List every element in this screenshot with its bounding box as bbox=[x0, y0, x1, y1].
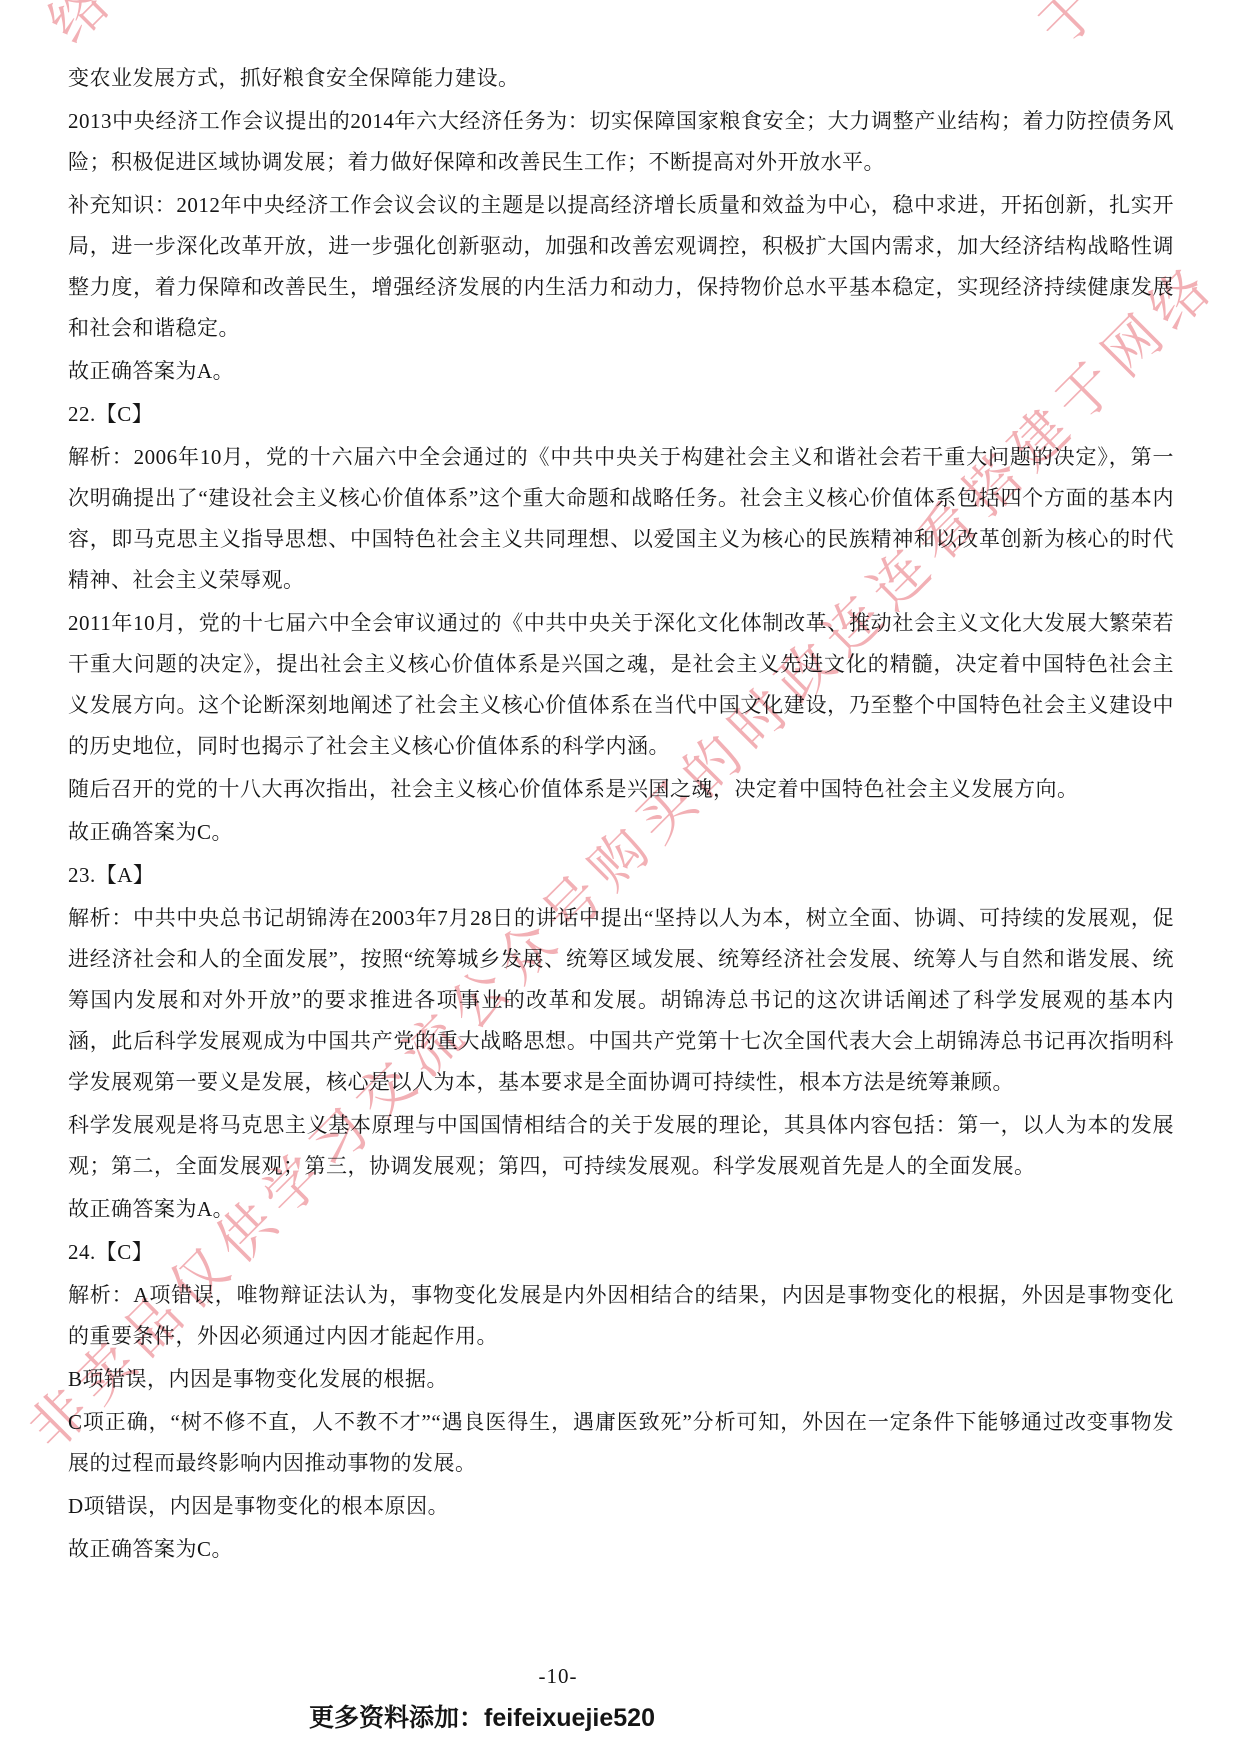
paragraph: B项错误，内因是事物变化发展的根据。 bbox=[68, 1359, 1174, 1400]
paragraph: 故正确答案为A。 bbox=[68, 351, 1174, 392]
paragraph: 24.【C】 bbox=[68, 1232, 1174, 1273]
paragraph: 解析：2006年10月，党的十六届六中全会通过的《中共中央关于构建社会主义和谐社… bbox=[68, 437, 1174, 601]
paragraph: 故正确答案为C。 bbox=[68, 812, 1174, 853]
document-body: 变农业发展方式，抓好粮食安全保障能力建设。2013中央经济工作会议提出的2014… bbox=[68, 58, 1174, 1572]
footer-promo-label: 更多资料添加： bbox=[309, 1705, 484, 1732]
paragraph: 补充知识：2012年中央经济工作会议会议的主题是以提高经济增长质量和效益为中心，… bbox=[68, 185, 1174, 349]
paragraph: 2011年10月，党的十七届六中全会审议通过的《中共中央关于深化文化体制改革、推… bbox=[68, 603, 1174, 767]
document-page: 非卖品仅供学习交流公众号购买的时政连连看搭建于网络 络 于 变农业发展方式，抓好… bbox=[0, 0, 1240, 1754]
footer-promo: 更多资料添加：feifeixuejie520 bbox=[0, 1698, 964, 1734]
paragraph: C项正确，“树不修不直，人不教不才”“遇良医得生，遇庸医致死”分析可知，外因在一… bbox=[68, 1402, 1174, 1484]
paragraph: 解析：A项错误，唯物辩证法认为，事物变化发展是内外因相结合的结果，内因是事物变化… bbox=[68, 1275, 1174, 1357]
paragraph: 科学发展观是将马克思主义基本原理与中国国情相结合的关于发展的理论，其具体内容包括… bbox=[68, 1105, 1174, 1187]
paragraph: 23.【A】 bbox=[68, 855, 1174, 896]
paragraph: 随后召开的党的十八大再次指出，社会主义核心价值体系是兴国之魂，决定着中国特色社会… bbox=[68, 769, 1174, 810]
page-number: -10- bbox=[0, 1664, 1116, 1689]
footer-promo-account: feifeixuejie520 bbox=[484, 1704, 655, 1732]
paragraph: 22.【C】 bbox=[68, 394, 1174, 435]
watermark-fragment-top-left: 络 bbox=[28, 0, 124, 58]
paragraph: D项错误，内因是事物变化的根本原因。 bbox=[68, 1486, 1174, 1527]
paragraph: 解析：中共中央总书记胡锦涛在2003年7月28日的讲话中提出“坚持以人为本，树立… bbox=[68, 898, 1174, 1103]
paragraph: 故正确答案为C。 bbox=[68, 1529, 1174, 1570]
watermark-fragment-top-right: 于 bbox=[1018, 0, 1114, 62]
paragraph: 2013中央经济工作会议提出的2014年六大经济任务为：切实保障国家粮食安全；大… bbox=[68, 101, 1174, 183]
paragraph: 故正确答案为A。 bbox=[68, 1189, 1174, 1230]
paragraph: 变农业发展方式，抓好粮食安全保障能力建设。 bbox=[68, 58, 1174, 99]
